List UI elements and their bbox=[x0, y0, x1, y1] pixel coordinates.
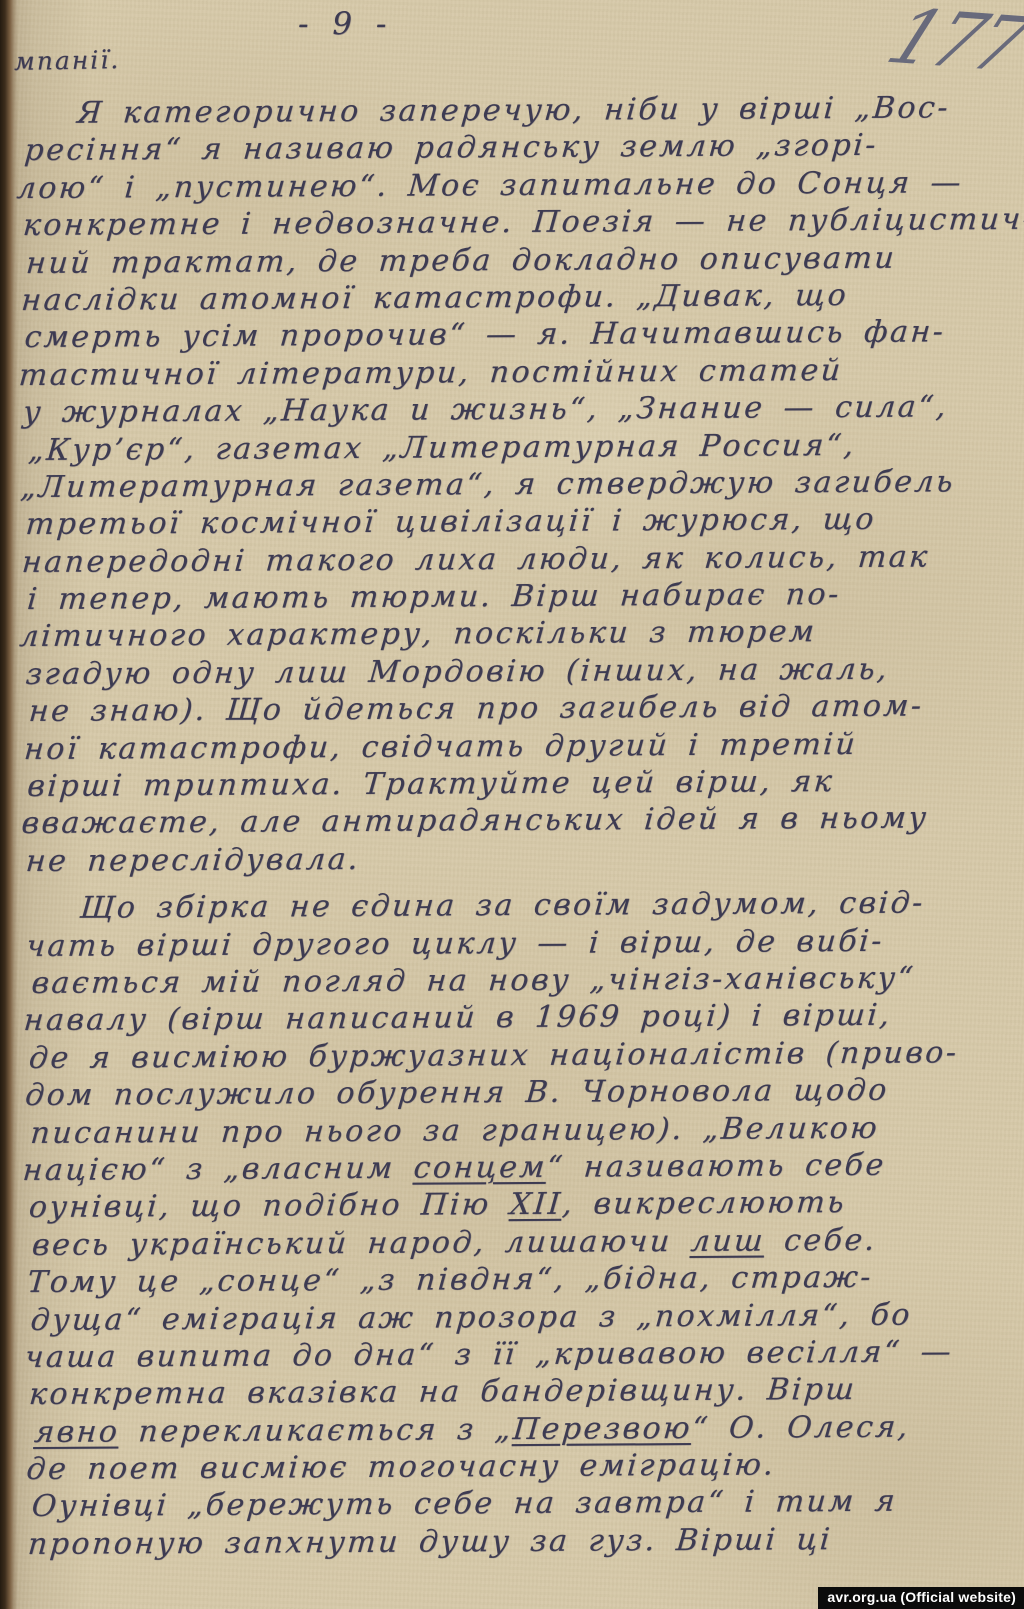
handwritten-line: пропоную запхнути душу за гуз. Вірші ці bbox=[26, 1520, 1024, 1563]
paragraph: Що збірка не єдина за своїм задумом, сві… bbox=[24, 884, 1022, 1563]
underlined-word: XII bbox=[508, 1187, 563, 1222]
page-number: - 9 - bbox=[298, 6, 393, 42]
handwritten-line: ної катастрофи, свідчать другий і третій bbox=[23, 725, 1021, 768]
handwritten-line: Що збірка не єдина за своїм задумом, сві… bbox=[21, 884, 1022, 928]
handwritten-line: лою“ і „пустинею“. Моє запитальне до Сон… bbox=[15, 164, 1017, 208]
handwritten-line: не переслідувала. bbox=[24, 837, 1021, 880]
handwritten-line: „Литературная газета“, я стверджую загиб… bbox=[19, 463, 1019, 507]
handwritten-line: ний трактат, де треба докладно описувати bbox=[25, 239, 1018, 282]
handwritten-line: Оунівці „бережуть себе на завтра“ і тим … bbox=[30, 1482, 1024, 1525]
handwritten-line: Тому це „сонце“ „з півдня“, „бідна, стра… bbox=[26, 1258, 1024, 1301]
handwritten-line: навалу (вірш написаний в 1969 році) і ві… bbox=[22, 996, 1022, 1040]
previous-page-word-fragment: мпанії. bbox=[14, 45, 121, 76]
underlined-word: лиш bbox=[689, 1223, 766, 1258]
paragraph: Я категорично заперечую, ніби у вірші „В… bbox=[20, 89, 1019, 880]
binding-edge bbox=[0, 0, 18, 1609]
underlined-word: Перезвою bbox=[512, 1411, 694, 1447]
handwritten-line: чать вірші другого циклу — і вірш, де ви… bbox=[25, 922, 1022, 965]
handwritten-line: наслідки атомної катастрофи. „Дивак, що bbox=[20, 276, 1018, 319]
handwritten-line: писанини про нього за границею). „Велико… bbox=[29, 1108, 1023, 1151]
handwritten-line: ресіння“ я називаю радянську землю „згор… bbox=[23, 126, 1017, 169]
underlined-word: явно bbox=[33, 1414, 121, 1450]
handwritten-line: конкретне і недвозначне. Поезія — не пуб… bbox=[21, 201, 1017, 244]
watermark-label: avr.org.ua (Official website) bbox=[818, 1587, 1024, 1609]
scanned-page: мпанії. - 9 - 177 Я категорично заперечу… bbox=[0, 0, 1024, 1609]
handwritten-line: весь український народ, лишаючи лиш себе… bbox=[31, 1221, 1024, 1264]
underlined-word: сонцем bbox=[412, 1150, 548, 1186]
archive-sheet-number: 177 bbox=[878, 0, 1024, 82]
handwritten-line: конкретна вказівка на бандерівщину. Вірш bbox=[28, 1370, 1024, 1413]
handwritten-line: де я висміюю буржуазних націоналістів (п… bbox=[28, 1034, 1023, 1077]
handwritten-line: згадую одну лиш Мордовію (інших, на жаль… bbox=[24, 650, 1020, 693]
handwritten-line: дом послужило обурення В. Чорновола щодо bbox=[24, 1071, 1023, 1114]
handwritten-line: „Кур’єр“, газетах „Литературная Россия“, bbox=[27, 425, 1019, 468]
handwritten-line: явно перекликається з „Перезвою“ О. Олес… bbox=[33, 1408, 1024, 1451]
handwritten-line: вважаєте, але антирадянських ідей я в нь… bbox=[20, 799, 1021, 843]
handwritten-line: не знаю). Що йдеться про загибель від ат… bbox=[27, 687, 1020, 730]
handwritten-line: смерть усім пророчив“ — я. Начитавшись ф… bbox=[23, 313, 1018, 356]
handwritten-line: оунівці, що подібно Пію XII, викреслюють bbox=[27, 1183, 1023, 1226]
handwritten-line: дуща“ еміграція аж прозора з „похмілля“,… bbox=[29, 1295, 1024, 1338]
handwritten-text-block: Я категорично заперечую, ніби у вірші „В… bbox=[20, 89, 1023, 1563]
handwritten-line: чаша випита до дна“ з її „кривавою весіл… bbox=[23, 1333, 1024, 1377]
handwritten-line: тастичної літератури, постійних статей bbox=[17, 351, 1018, 395]
handwritten-line: напередодні такого лиха люди, як колись,… bbox=[20, 538, 1019, 581]
handwritten-line: третьої космічної цивілізації і журюся, … bbox=[24, 500, 1019, 543]
handwritten-line: літичного характеру, поскільки з тюрем bbox=[18, 612, 1020, 656]
handwritten-line: у журналах „Наука и жизнь“, „Знание — си… bbox=[22, 388, 1019, 431]
